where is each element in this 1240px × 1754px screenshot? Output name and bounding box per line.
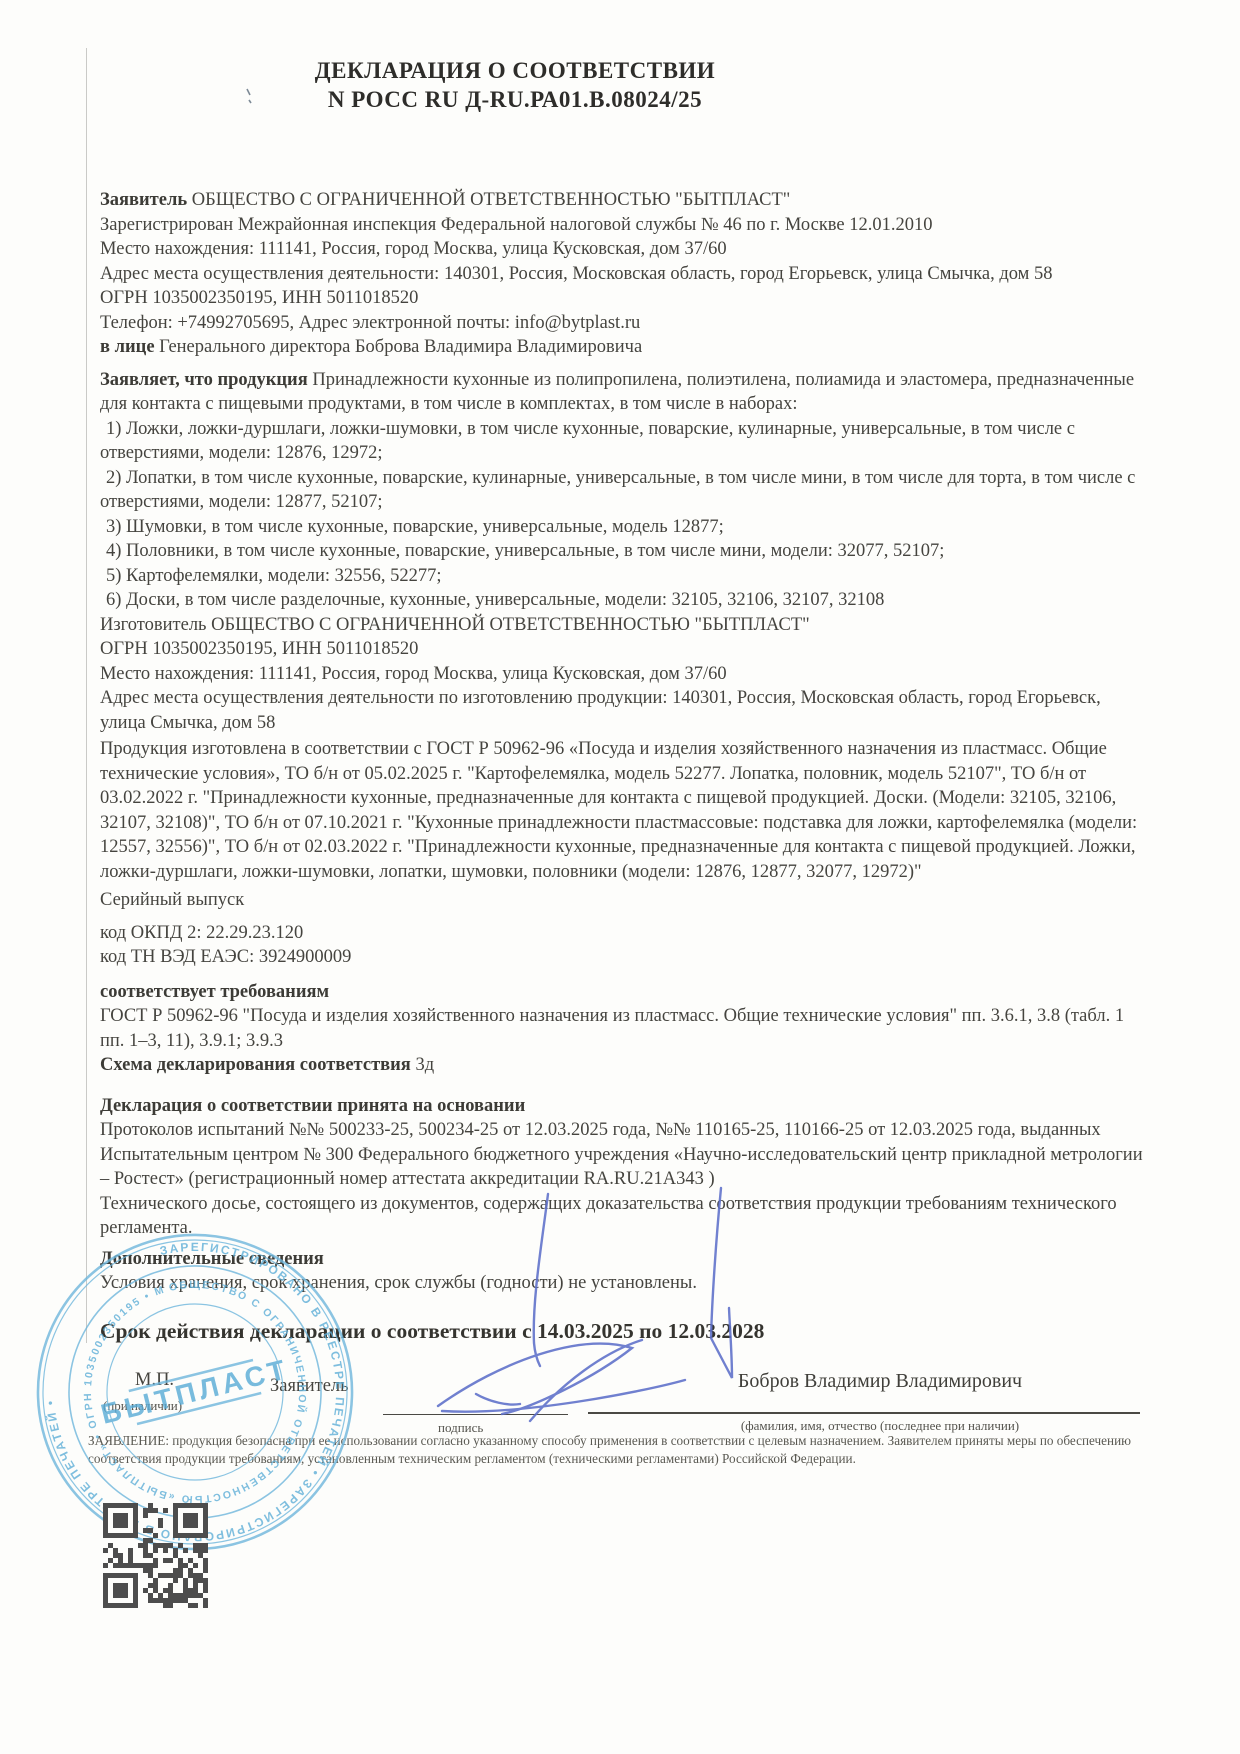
applicant-section: Заявитель ОБЩЕСТВО С ОГРАНИЧЕННОЙ ОТВЕТС…	[100, 188, 1145, 360]
product-item: 4) Половники, в том числе кухонные, пова…	[100, 539, 1145, 564]
basis-label: Декларация о соответствии принята на осн…	[100, 1094, 1145, 1119]
stamp-place-label: М.П.	[135, 1370, 174, 1391]
title-line-1: ДЕКЛАРАЦИЯ О СООТВЕТСТВИИ	[100, 56, 930, 85]
tnved-code: код ТН ВЭД ЕАЭС: 3924900009	[100, 945, 1145, 970]
manufacturer-activity-address: Адрес места осуществления деятельности п…	[100, 686, 1145, 735]
applicant-activity-address: Адрес места осуществления деятельности: …	[100, 262, 1145, 287]
manufacturer-location: Место нахождения: 111141, Россия, город …	[100, 662, 1145, 687]
basis-dossier: Технического досье, состоящего из докуме…	[100, 1192, 1145, 1241]
manufacturer-label: Изготовитель	[100, 615, 207, 635]
signatory-name: Бобров Владимир Владимирович	[620, 1370, 1140, 1393]
title-line-2: N РОСС RU Д-RU.РА01.В.08024/25	[100, 85, 930, 114]
manufacturer-line: Изготовитель ОБЩЕСТВО С ОГРАНИЧЕННОЙ ОТВ…	[100, 613, 1145, 638]
stamp-place-note: (при наличии)	[103, 1398, 182, 1414]
applicant-representative: в лице Генерального директора Боброва Вл…	[100, 335, 1145, 360]
name-line	[588, 1412, 1140, 1414]
safety-statement: ЗАЯВЛЕНИЕ: продукция безопасна при ее ис…	[88, 1432, 1150, 1468]
signature-line	[383, 1414, 568, 1415]
scheme-line: Схема декларирования соответствия 3д	[100, 1053, 1145, 1078]
compliance-section: соответствует требованиям ГОСТ Р 50962-9…	[100, 980, 1145, 1078]
product-section: Заявляет, что продукция Принадлежности к…	[100, 368, 1145, 613]
additional-label: Дополнительные сведения	[100, 1247, 1145, 1272]
applicant-label: Заявитель	[100, 190, 187, 210]
document-body: ДЕКЛАРАЦИЯ О СООТВЕТСТВИИ N РОСС RU Д-RU…	[100, 56, 1145, 1345]
made-in-accordance: Продукция изготовлена в соответствии с Г…	[100, 737, 1145, 884]
compliance-text: ГОСТ Р 50962-96 "Посуда и изделия хозяйс…	[100, 1004, 1145, 1053]
additional-info-section: Дополнительные сведения Условия хранения…	[100, 1247, 1145, 1296]
manufacturer-section: Изготовитель ОБЩЕСТВО С ОГРАНИЧЕННОЙ ОТВ…	[100, 613, 1145, 970]
product-item: 6) Доски, в том числе разделочные, кухон…	[100, 588, 1145, 613]
validity-period: Срок действия декларации о соответствии …	[100, 1318, 1145, 1345]
basis-section: Декларация о соответствии принята на осн…	[100, 1094, 1145, 1241]
product-item: 1) Ложки, ложки-дуршлаги, ложки-шумовки,…	[100, 417, 1145, 466]
applicant-registered: Зарегистрирован Межрайонная инспекция Фе…	[100, 213, 1145, 238]
additional-text: Условия хранения, срок хранения, срок сл…	[100, 1271, 1145, 1296]
signature-applicant-label: Заявитель	[270, 1376, 349, 1397]
applicant-line: Заявитель ОБЩЕСТВО С ОГРАНИЧЕННОЙ ОТВЕТС…	[100, 188, 1145, 213]
manufacturer-name: ОБЩЕСТВО С ОГРАНИЧЕННОЙ ОТВЕТСТВЕННОСТЬЮ…	[211, 615, 810, 635]
applicant-ogrn-inn: ОГРН 1035002350195, ИНН 5011018520	[100, 286, 1145, 311]
product-item: 5) Картофелемялки, модели: 32556, 52277;	[100, 564, 1145, 589]
qr-code	[103, 1503, 208, 1608]
scheme-value: 3д	[415, 1055, 434, 1075]
compliance-label: соответствует требованиям	[100, 980, 1145, 1005]
document-title: ДЕКЛАРАЦИЯ О СООТВЕТСТВИИ N РОСС RU Д-RU…	[100, 56, 930, 114]
scan-edge-line	[86, 48, 87, 1343]
okpd-code: код ОКПД 2: 22.29.23.120	[100, 921, 1145, 946]
basis-protocols: Протоколов испытаний №№ 500233-25, 50023…	[100, 1118, 1145, 1192]
product-intro: Заявляет, что продукция Принадлежности к…	[100, 368, 1145, 417]
serial-release: Серийный выпуск	[100, 888, 1145, 913]
manufacturer-ogrn-inn: ОГРН 1035002350195, ИНН 5011018520	[100, 637, 1145, 662]
applicant-contacts: Телефон: +74992705695, Адрес электронной…	[100, 311, 1145, 336]
declaration-document: ДЕКЛАРАЦИЯ О СООТВЕТСТВИИ N РОСС RU Д-RU…	[0, 0, 1240, 1754]
scheme-label: Схема декларирования соответствия	[100, 1055, 411, 1075]
stamp-center-text: БЫТПЛАСТ	[98, 1353, 292, 1430]
declares-label: Заявляет, что продукция	[100, 370, 308, 390]
in-face-text: Генерального директора Боброва Владимира…	[159, 337, 642, 357]
applicant-name: ОБЩЕСТВО С ОГРАНИЧЕННОЙ ОТВЕТСТВЕННОСТЬЮ…	[192, 190, 791, 210]
in-face-label: в лице	[100, 337, 155, 357]
product-item: 3) Шумовки, в том числе кухонные, поварс…	[100, 515, 1145, 540]
product-item: 2) Лопатки, в том числе кухонные, поварс…	[100, 466, 1145, 515]
applicant-location: Место нахождения: 111141, Россия, город …	[100, 237, 1145, 262]
